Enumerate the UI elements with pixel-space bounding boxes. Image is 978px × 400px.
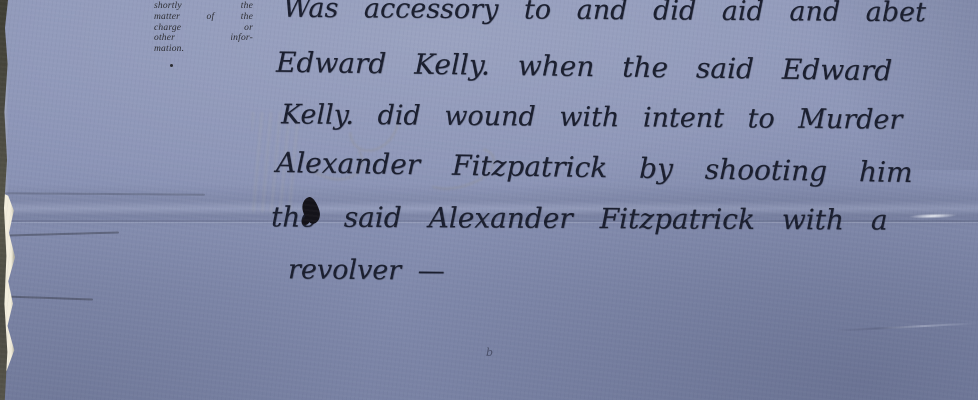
margin-note-line: charge or	[154, 23, 253, 34]
handwritten-line: the said Alexander Fitzpatrick with a	[271, 200, 888, 236]
document-photo: shortly the matter of the charge or othe…	[0, 0, 978, 400]
printed-margin-note: shortly the matter of the charge or othe…	[154, 1, 253, 55]
crease-crack	[7, 232, 119, 236]
folio-mark: b	[486, 346, 493, 359]
margin-note-line: shortly the	[154, 1, 253, 12]
handwritten-line: revolver —	[288, 254, 445, 286]
crease-bottom-right	[833, 322, 978, 332]
margin-note-line: mation.	[154, 44, 253, 55]
margin-note-line: other infor-	[154, 33, 253, 44]
margin-note-line: matter of the	[154, 12, 253, 23]
ink-dot	[170, 64, 173, 67]
handwritten-line: Was accessory to and did aid and abet	[283, 0, 926, 28]
crease-crack	[5, 295, 93, 300]
handwritten-line: Kelly. did wound with intent to Murder	[281, 99, 903, 135]
